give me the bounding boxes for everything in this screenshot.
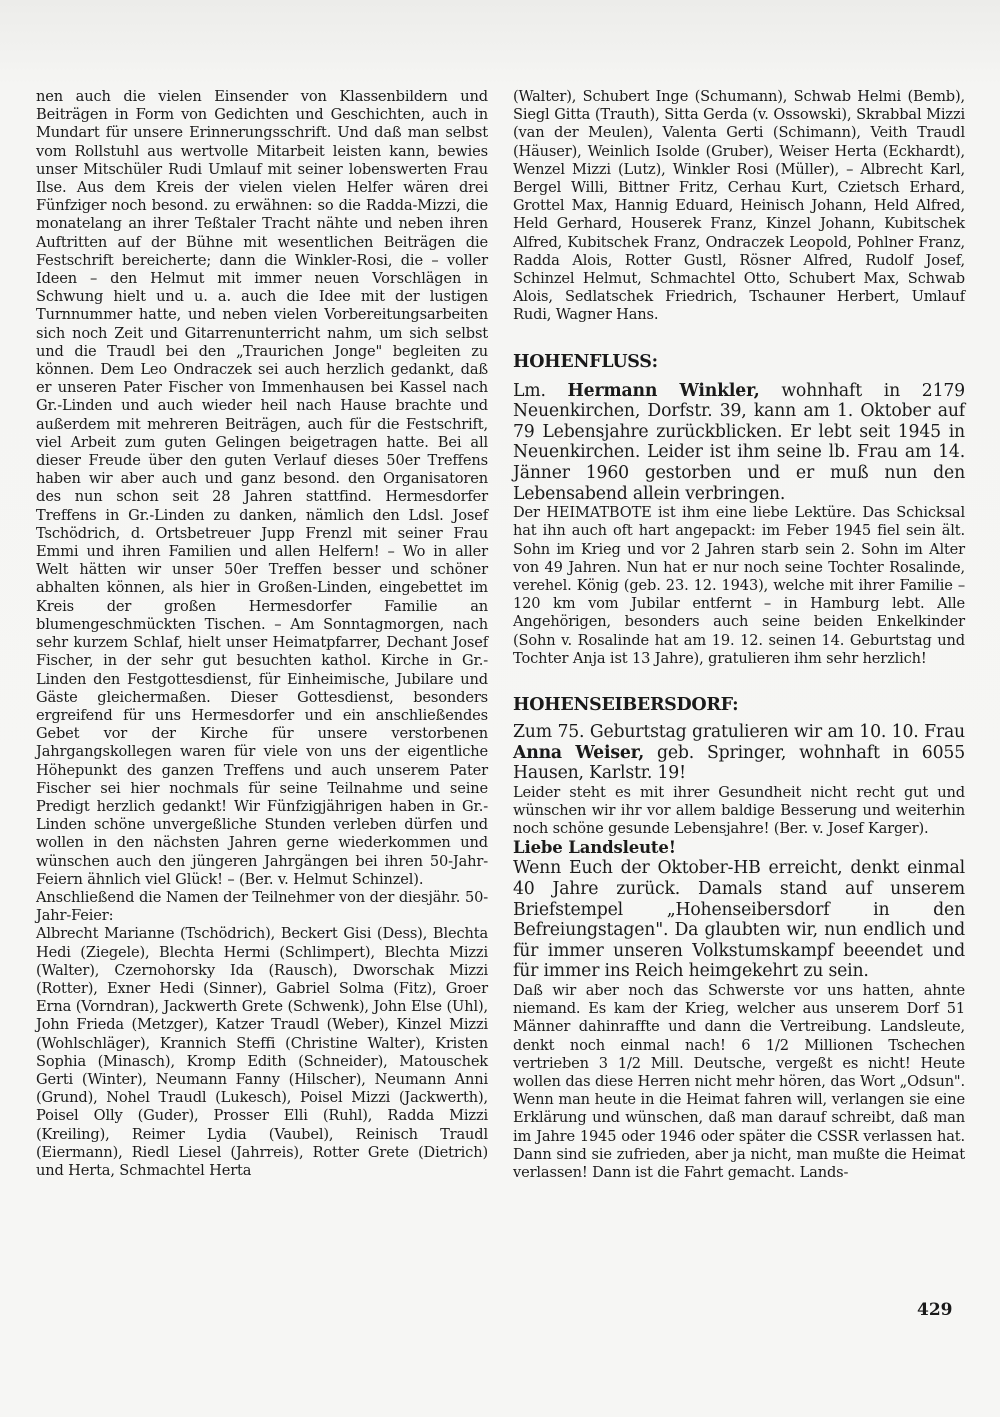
left-column: nen auch die vielen Einsender von Klasse…: [36, 88, 488, 1180]
article-paragraph-festival-report: nen auch die vielen Einsender von Klasse…: [36, 88, 488, 889]
lead-prefix: Zum 75. Geburtstag gratulieren wir am 10…: [513, 722, 965, 742]
hohenfluss-lead: Lm. Hermann Winkler, wohnhaft in 2179 Ne…: [513, 381, 965, 505]
appeal-body: Daß wir aber noch das Schwerste vor uns …: [513, 982, 965, 1182]
hohenfluss-body: Der HEIMATBOTE ist ihm eine liebe Lektür…: [513, 504, 965, 668]
participants-list-continued: (Walter), Schubert Inge (Schumann), Schw…: [513, 88, 965, 325]
appeal-heading: Liebe Landsleute!: [513, 838, 965, 858]
appeal-lead: Wenn Euch der Oktober-HB erreicht, denkt…: [513, 858, 965, 982]
right-column: (Walter), Schubert Inge (Schumann), Schw…: [513, 88, 965, 1182]
participants-intro: Anschließend die Namen der Teilnehmer vo…: [36, 889, 488, 925]
honoree-name: Anna Weiser,: [513, 743, 644, 763]
hohenseibersdorf-lead: Zum 75. Geburtstag gratulieren wir am 10…: [513, 722, 965, 784]
section-hohenfluss: HOHENFLUSS: Lm. Hermann Winkler, wohnhaf…: [513, 351, 965, 668]
lead-prefix: Lm.: [513, 381, 568, 401]
page-number: 429: [917, 1300, 953, 1320]
hohenseibersdorf-body: Leider steht es mit ihrer Gesundheit nic…: [513, 784, 965, 839]
section-heading-hohenfluss: HOHENFLUSS:: [513, 351, 965, 373]
newspaper-page: nen auch die vielen Einsender von Klasse…: [0, 0, 1000, 1417]
section-heading-hohenseibersdorf: HOHENSEIBERSDORF:: [513, 694, 965, 716]
participants-list-women: Albrecht Marianne (Tschödrich), Beckert …: [36, 925, 488, 1180]
honoree-name: Hermann Winkler,: [568, 381, 760, 401]
section-hohenseibersdorf: HOHENSEIBERSDORF: Zum 75. Geburtstag gra…: [513, 694, 965, 1182]
